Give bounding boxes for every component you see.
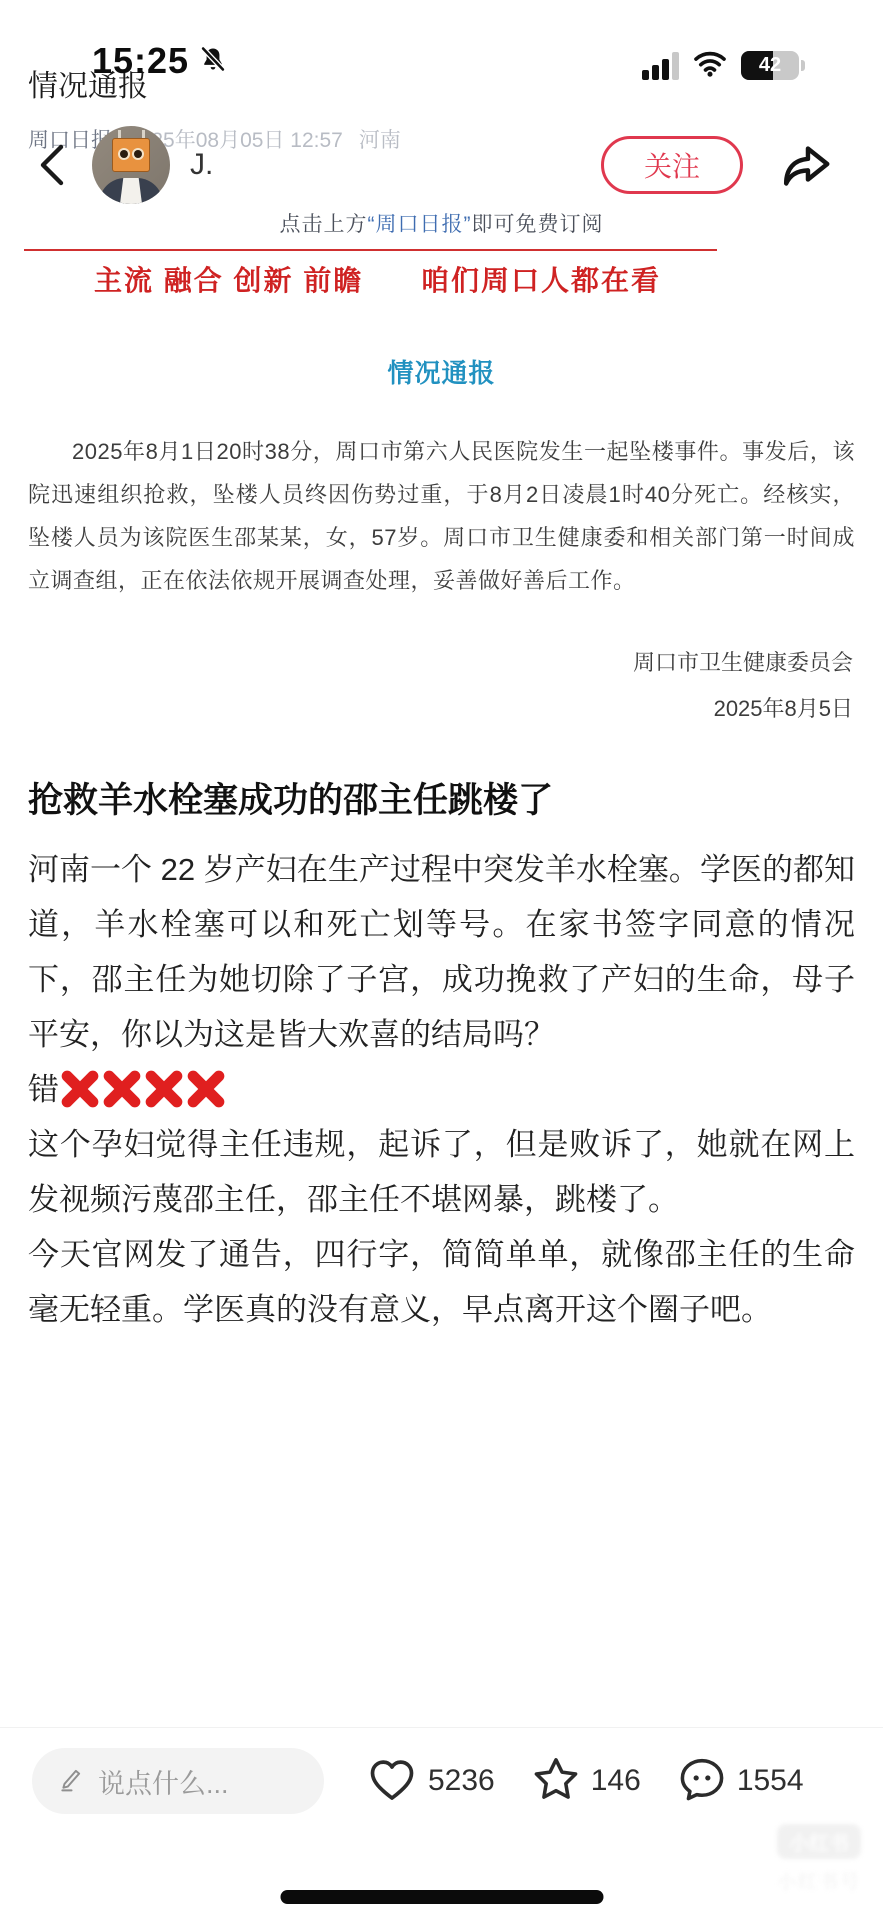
red-cross-icon — [100, 1067, 144, 1111]
comment-placeholder: 说点什么... — [98, 1762, 229, 1801]
bottom-bar: 说点什么... 5236 — [0, 1727, 883, 1920]
notice-heading: 情况通报 — [0, 353, 883, 390]
slogan-left: 主流 融合 创新 前瞻 — [94, 259, 363, 299]
watermark-id: 小红书号 — [777, 1867, 861, 1894]
comment-count: 1554 — [737, 1764, 804, 1798]
slogan-right: 咱们周口人都在看 — [421, 259, 661, 299]
notice-sign-date: 2025年8月5日 — [0, 686, 853, 732]
comment-input[interactable]: 说点什么... — [32, 1748, 324, 1814]
share-button[interactable] — [779, 137, 835, 193]
battery-icon: 42 — [741, 51, 799, 80]
back-button[interactable] — [36, 141, 70, 189]
comment-bubble-icon — [677, 1754, 727, 1809]
red-cross-icon — [184, 1067, 228, 1111]
notice-body: 2025年8月1日20时38分，周口市第六人民医院发生一起坠楼事件。事发后，该院… — [28, 430, 855, 602]
bell-slash-icon — [199, 45, 227, 78]
home-indicator[interactable] — [280, 1890, 603, 1904]
star-icon — [531, 1754, 581, 1809]
wifi-icon — [693, 49, 727, 82]
paragraph-1: 河南一个 22 岁产妇在生产过程中突发羊水栓塞。学医的都知道，羊水栓塞可以和死亡… — [28, 842, 855, 1062]
like-count: 5236 — [428, 1764, 495, 1798]
status-bar: 15:25 4 — [0, 0, 883, 92]
collect-count: 146 — [591, 1764, 641, 1798]
banner-divider — [24, 249, 717, 251]
app-screen: 15:25 4 — [0, 0, 883, 1920]
collect-button[interactable]: 146 — [531, 1754, 641, 1809]
red-cross-icon — [58, 1067, 102, 1111]
app-watermark: 小红书 小红书号 — [777, 1824, 861, 1894]
post-header: J. 关注 — [0, 110, 883, 220]
banner-slogan: 主流 融合 创新 前瞻 咱们周口人都在看 — [94, 259, 661, 299]
cross-prefix: 错 — [28, 1062, 59, 1117]
paragraph-3: 今天官网发了通告，四行字，简简单单，就像邵主任的生命毫无轻重。学医真的没有意义，… — [28, 1227, 855, 1337]
follow-button[interactable]: 关注 — [601, 136, 743, 194]
clock: 15:25 — [92, 40, 189, 82]
battery-percent: 42 — [741, 51, 799, 80]
like-button[interactable]: 5236 — [366, 1753, 495, 1810]
avatar[interactable] — [92, 126, 170, 204]
paragraph-2: 这个孕妇觉得主任违规，起诉了，但是败诉了，她就在网上发视频污蔑邵主任，邵主任不堪… — [28, 1117, 855, 1227]
watermark-logo: 小红书 — [777, 1824, 861, 1859]
article-banner: 点击上方“周口日报”即可免费订阅 主流 融合 创新 前瞻 咱们周口人都在看 — [0, 208, 883, 299]
cross-line: 错 — [28, 1062, 855, 1117]
cellular-signal-icon — [642, 52, 679, 80]
red-cross-icons — [59, 1062, 227, 1117]
red-cross-icon — [142, 1067, 186, 1111]
commentary-headline: 抢救羊水栓塞成功的邵主任跳楼了 — [28, 778, 855, 824]
notice-signature: 周口市卫生健康委员会 2025年8月5日 — [0, 640, 853, 732]
heart-icon — [366, 1753, 418, 1810]
comments-button[interactable]: 1554 — [677, 1754, 804, 1809]
pencil-icon — [58, 1766, 84, 1797]
notice-signer: 周口市卫生健康委员会 — [0, 640, 853, 686]
username[interactable]: J. — [190, 148, 213, 182]
